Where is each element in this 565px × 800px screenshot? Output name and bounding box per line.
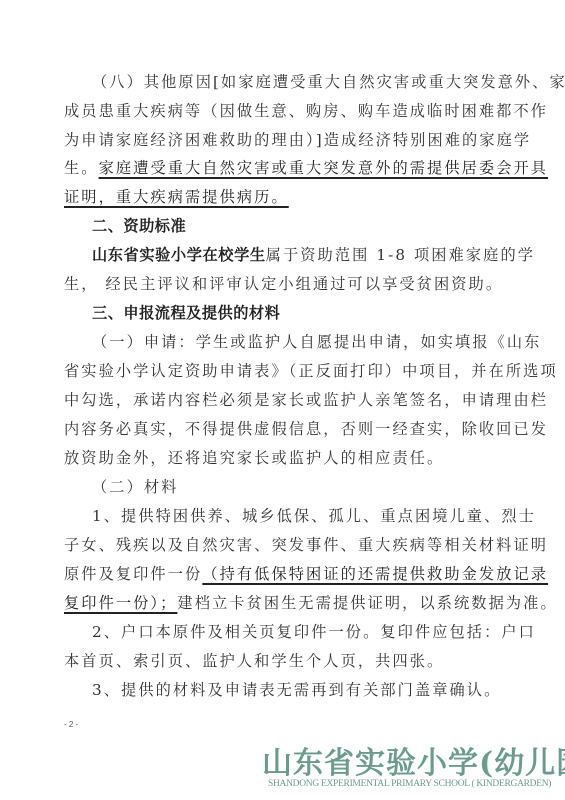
- materials-item2-line-2: 本首页、索引页、监护人和学生个人页，共四张。: [64, 651, 488, 671]
- standard-line-2: 生， 经民主评议和评审认定小组通过可以享受贫困资助。: [64, 274, 488, 294]
- materials-item3-line-1: 3、提供的材料及申请表无需再到有关部门盖章确认。: [92, 680, 488, 700]
- school-logo-chinese: 山东省实验小学(幼儿园): [262, 738, 565, 782]
- item8-underlined-note-cont: 证明，重大疾病需提供病历。: [64, 188, 289, 206]
- materials-item1-line-2: 子女、残疾以及自然灾害、突发事件、重大疾病等相关材料证明: [64, 535, 488, 555]
- item8-line-1: （八）其他原因[如家庭遭受重大自然灾害或重大突发意外、家庭: [92, 72, 488, 92]
- item8-line-3: 为申请家庭经济困难救助的理由）]造成经济特别困难的家庭学: [64, 130, 488, 150]
- section-heading-standard: 二、资助标准: [92, 216, 488, 236]
- standard-line-1-rest: 属于资助范围 1-8 项困难家庭的学: [266, 246, 535, 264]
- item8-line-2: 成员患重大疾病等（因做生意、购房、购车造成临时困难都不作: [64, 101, 488, 121]
- item8-line-4-plain: 生。: [64, 159, 99, 177]
- standard-bold-subject: 山东省实验小学在校学生: [92, 246, 266, 264]
- materials-item2-line-1: 2、户口本原件及相关页复印件一份。复印件应包括：户口: [92, 622, 488, 642]
- materials-item1-line-4-plain: 建档立卡贫困生无需提供证明，以系统数据为准。: [177, 594, 557, 612]
- application-line-3: 中勾选，承诺内容栏必须是家长或监护人亲笔签名，申请理由栏: [64, 390, 488, 410]
- materials-item1-underlined-note-cont: 复印件一份）；: [64, 594, 177, 612]
- materials-item1-underlined-note: （持有低保特困证的还需提供救助金发放记录: [202, 565, 548, 583]
- item8-line-5: 证明，重大疾病需提供病历。: [64, 187, 488, 207]
- application-line-1: （一）申请：学生或监护人自愿提出申请，如实填报《山东: [92, 332, 488, 352]
- materials-item1-line-3: 原件及复印件一份（持有低保特困证的还需提供救助金发放记录: [64, 564, 488, 584]
- item8-underlined-note: 家庭遭受重大自然灾害或重大突发意外的需提供居委会开具: [99, 159, 548, 177]
- standard-line-1: 山东省实验小学在校学生属于资助范围 1-8 项困难家庭的学: [92, 245, 488, 265]
- item8-line-4: 生。家庭遭受重大自然灾害或重大突发意外的需提供居委会开具: [64, 158, 488, 178]
- materials-heading: （二）材料: [92, 477, 488, 497]
- application-line-2: 省实验小学认定资助申请表》（正反面打印）中项目，并在所选项: [64, 361, 488, 381]
- school-logo-english: SHANDONG EXPERIMENTAL PRIMARY SCHOOL ( K…: [268, 779, 551, 789]
- document-page: （八）其他原因[如家庭遭受重大自然灾害或重大突发意外、家庭 成员患重大疾病等（因…: [0, 0, 565, 800]
- materials-item1-line-4: 复印件一份）；建档立卡贫困生无需提供证明，以系统数据为准。: [64, 593, 488, 613]
- materials-item1-line-3-plain: 原件及复印件一份: [64, 565, 202, 583]
- materials-item1-line-1: 1、提供特困供养、城乡低保、孤儿、重点困境儿童、烈士: [92, 506, 488, 526]
- application-line-5: 放资助金外，还将追究家长或监护人的相应责任。: [64, 448, 488, 468]
- page-number: - 2 -: [64, 720, 78, 729]
- section-heading-process: 三、申报流程及提供的材料: [92, 303, 488, 323]
- application-line-4: 内容务必真实，不得提供虚假信息，否则一经查实，除收回已发: [64, 419, 488, 439]
